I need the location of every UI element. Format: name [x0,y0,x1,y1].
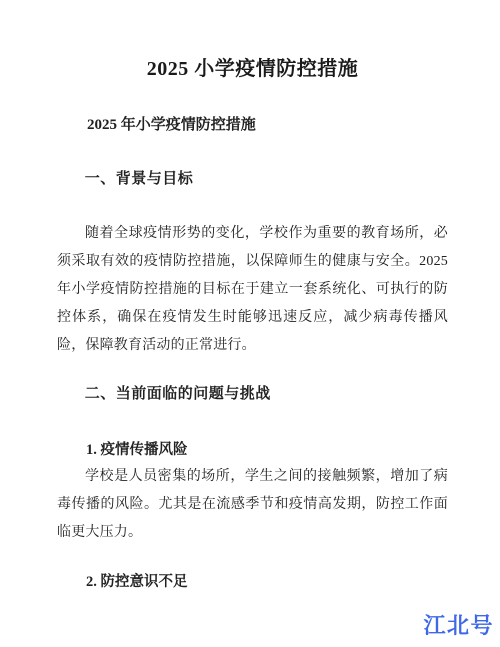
subsection-heading-transmission-risk: 1. 疫情传播风险 [57,441,448,460]
section-heading-problems-challenges: 二、当前面临的问题与挑战 [57,385,448,404]
paragraph-background: 随着全球疫情形势的变化，学校作为重要的教育场所，必须采取有效的疫情防控措施，以保… [57,220,448,360]
paragraph-transmission-risk: 学校是人员密集的场所，学生之间的接触频繁，增加了病毒传播的风险。尤其是在流感季节… [57,463,448,547]
jiangbei-watermark-logo: 江北号 [423,614,494,638]
subsection-heading-awareness-insufficient: 2. 防控意识不足 [57,573,448,592]
document-page: 2025 小学疫情防控措施 2025 年小学疫情防控措施 一、背景与目标 随着全… [0,0,500,647]
section-heading-background-goals: 一、背景与目标 [57,170,448,189]
document-subtitle: 2025 年小学疫情防控措施 [57,116,448,135]
document-title: 2025 小学疫情防控措施 [57,58,448,80]
